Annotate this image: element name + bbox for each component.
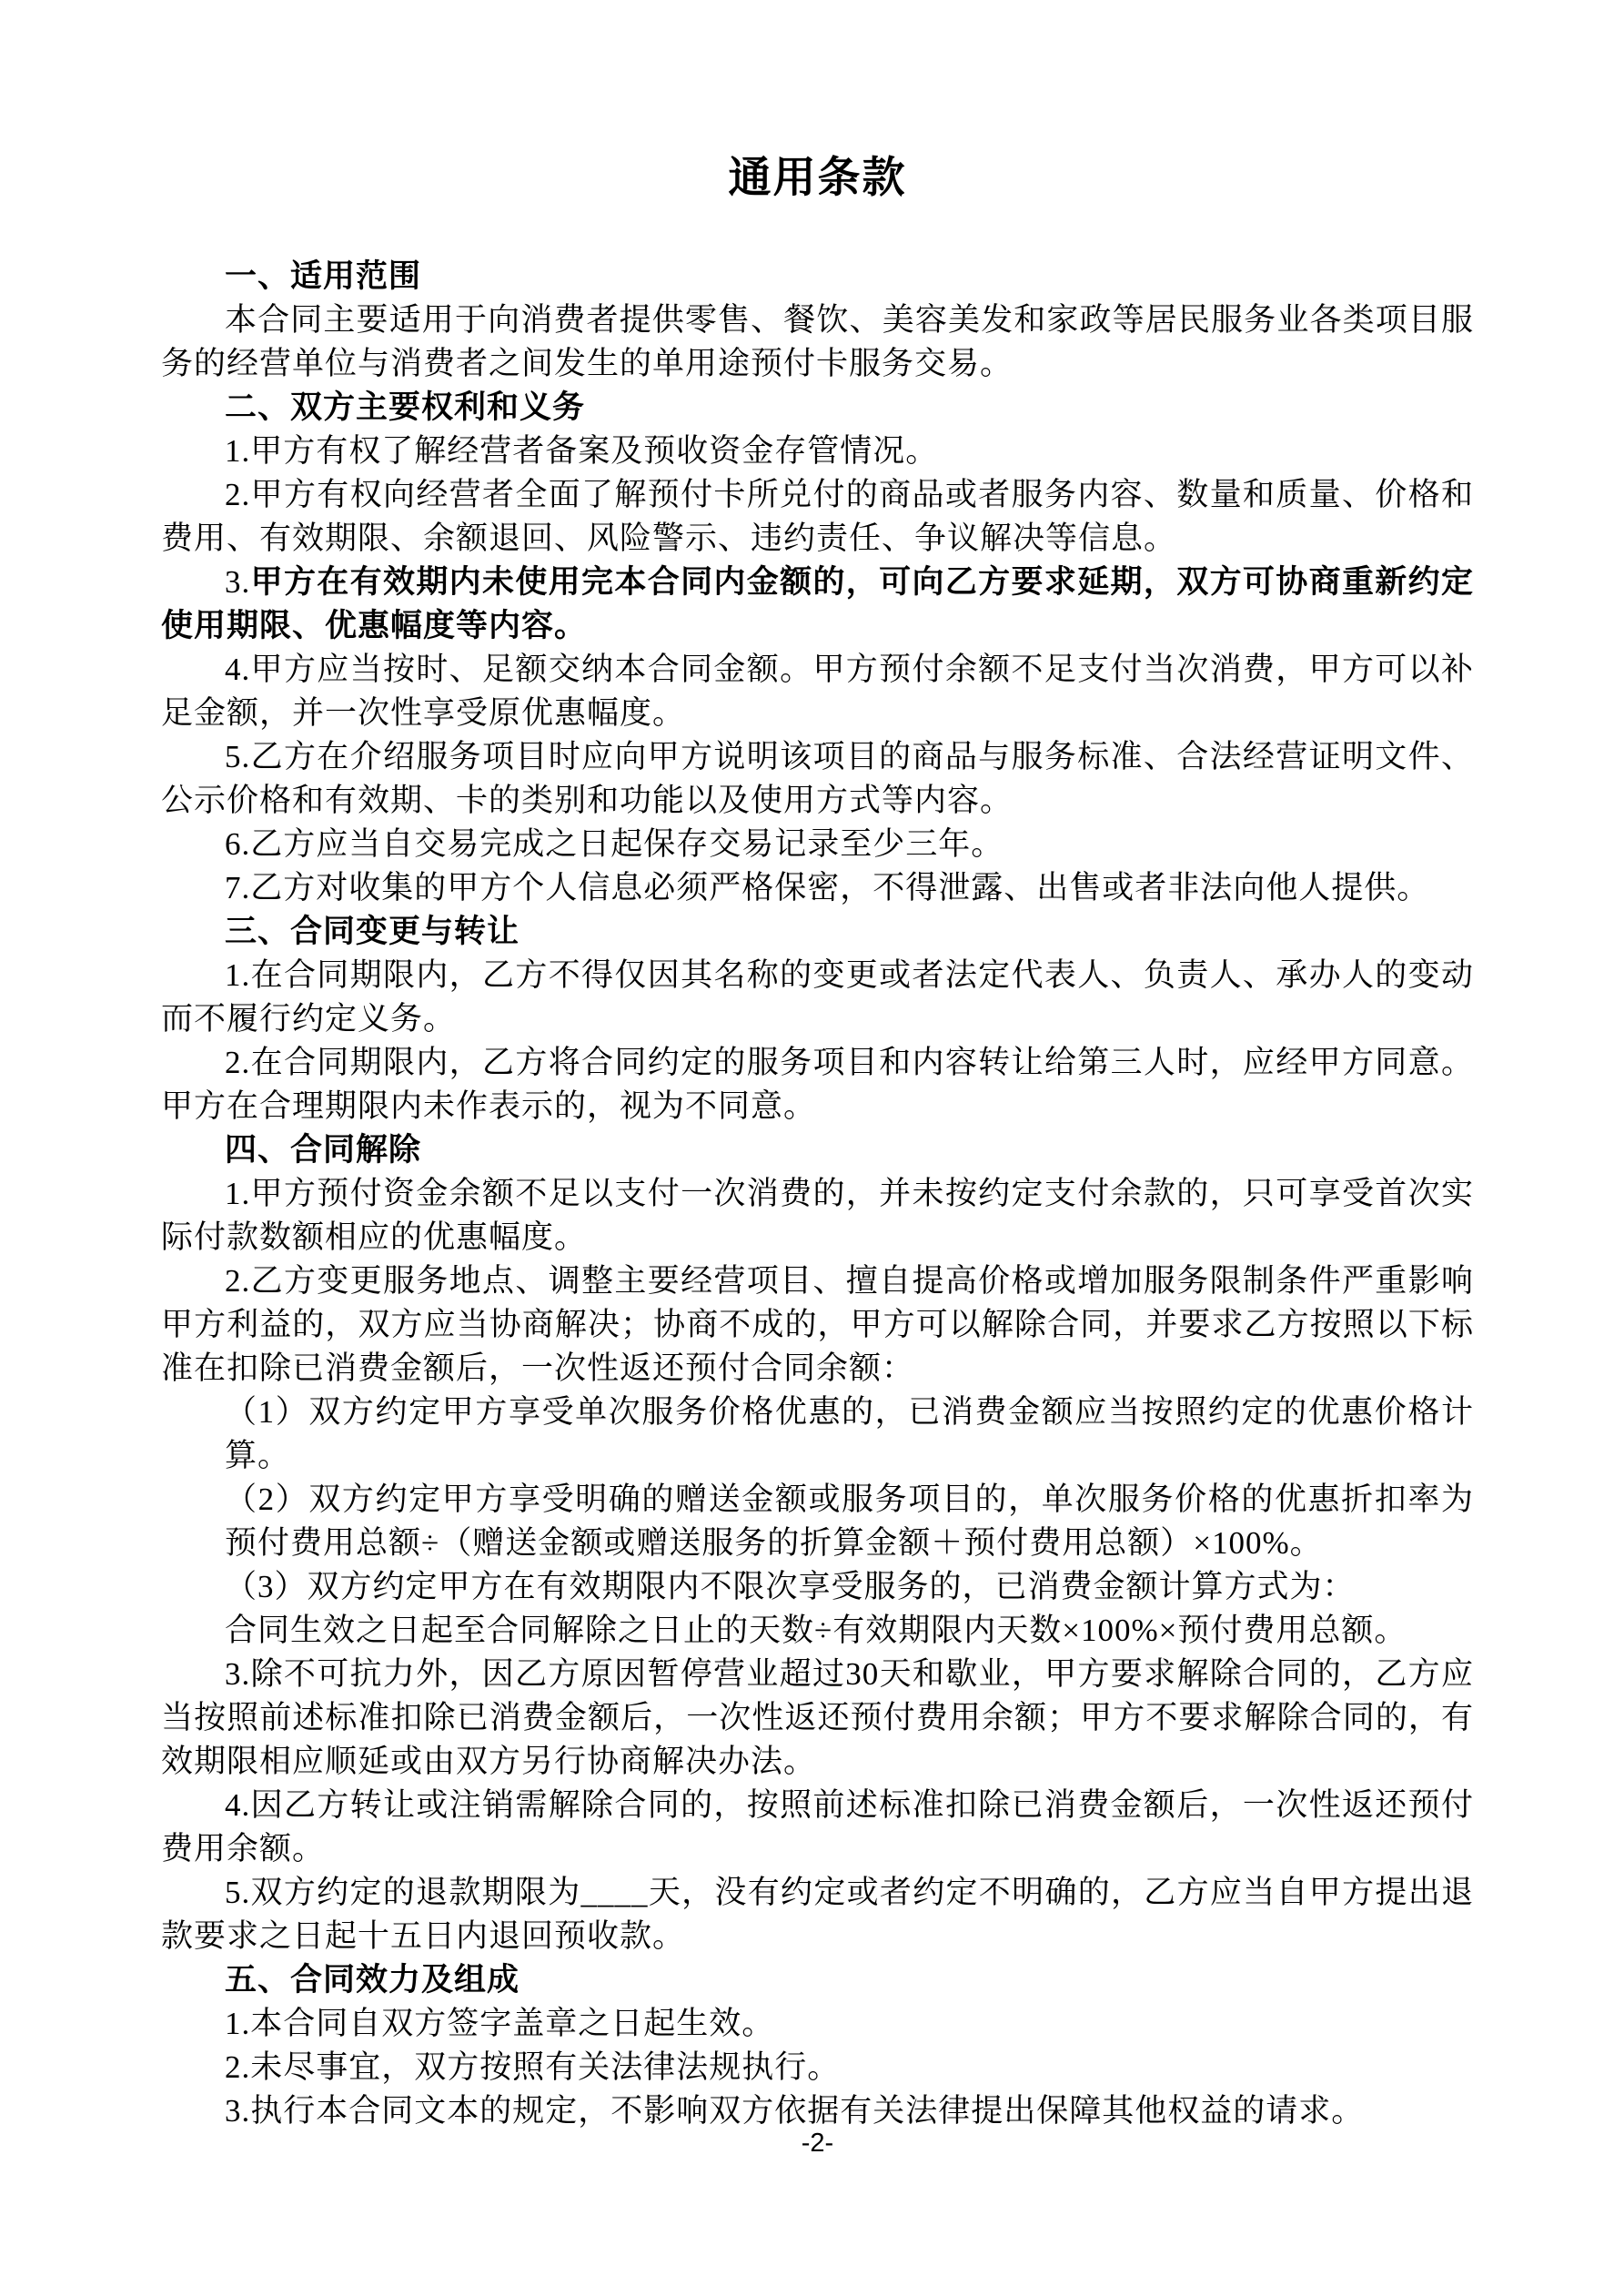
paragraph: 1.本合同自双方签字盖章之日起生效。 (161, 2002, 1474, 2046)
paragraph: 1.甲方有权了解经营者备案及预收资金存管情况。 (161, 430, 1474, 473)
paragraph: 本合同主要适用于向消费者提供零售、餐饮、美容美发和家政等居民服务业各类项目服务的… (161, 298, 1474, 386)
paragraph: 2.在合同期限内，乙方将合同约定的服务项目和内容转让给第三人时，应经甲方同意。甲… (161, 1041, 1474, 1128)
paragraph: 5.乙方在介绍服务项目时应向甲方说明该项目的商品与服务标准、合法经营证明文件、公… (161, 735, 1474, 823)
paragraph: 1.在合同期限内，乙方不得仅因其名称的变更或者法定代表人、负责人、承办人的变动而… (161, 954, 1474, 1041)
paragraph: 3.执行本合同文本的规定，不影响双方依据有关法律提出保障其他权益的请求。 (161, 2089, 1474, 2133)
document-content: 通用条款 一、适用范围本合同主要适用于向消费者提供零售、餐饮、美容美发和家政等居… (161, 155, 1474, 2133)
list-number: 3. (225, 564, 250, 600)
paragraph: 6.乙方应当自交易完成之日起保存交易记录至少三年。 (161, 823, 1474, 866)
paragraph-text: 甲方在有效期内未使用完本合同内金额的，可向乙方要求延期，双方可协商重新约定使用期… (161, 564, 1474, 643)
section-heading: 三、合同变更与转让 (161, 910, 1474, 954)
paragraph: 2.未尽事宜，双方按照有关法律法规执行。 (161, 2046, 1474, 2089)
section-heading: 五、合同效力及组成 (161, 1958, 1474, 2002)
paragraph: 1.甲方预付资金余额不足以支付一次消费的，并未按约定支付余款的，只可享受首次实际… (161, 1172, 1474, 1259)
section-heading: 二、双方主要权利和义务 (161, 386, 1474, 430)
page-number: -2- (161, 2128, 1474, 2159)
paragraph: （1）双方约定甲方享受单次服务价格优惠的，已消费金额应当按照约定的优惠价格计算。 (161, 1391, 1474, 1478)
section-heading: 四、合同解除 (161, 1128, 1474, 1172)
paragraph: 合同生效之日起至合同解除之日止的天数÷有效期限内天数×100%×预付费用总额。 (161, 1609, 1474, 1653)
paragraph: 2.甲方有权向经营者全面了解预付卡所兑付的商品或者服务内容、数量和质量、价格和费… (161, 473, 1474, 561)
paragraph: 2.乙方变更服务地点、调整主要经营项目、擅自提高价格或增加服务限制条件严重影响甲… (161, 1259, 1474, 1391)
paragraph: 4.因乙方转让或注销需解除合同的，按照前述标准扣除已消费金额后，一次性返还预付费… (161, 1784, 1474, 1871)
paragraph: （3）双方约定甲方在有效期限内不限次享受服务的，已消费金额计算方式为： (161, 1565, 1474, 1609)
paragraph: 7.乙方对收集的甲方个人信息必须严格保密，不得泄露、出售或者非法向他人提供。 (161, 866, 1474, 910)
paragraph: 3.甲方在有效期内未使用完本合同内金额的，可向乙方要求延期，双方可协商重新约定使… (161, 561, 1474, 648)
paragraph: 5.双方约定的退款期限为____天，没有约定或者约定不明确的，乙方应当自甲方提出… (161, 1871, 1474, 1958)
document-title: 通用条款 (161, 155, 1474, 200)
document-page: 通用条款 一、适用范围本合同主要适用于向消费者提供零售、餐饮、美容美发和家政等居… (0, 0, 1624, 2296)
document-body: 一、适用范围本合同主要适用于向消费者提供零售、餐饮、美容美发和家政等居民服务业各… (161, 255, 1474, 2133)
paragraph: 3.除不可抗力外，因乙方原因暂停营业超过30天和歇业，甲方要求解除合同的，乙方应… (161, 1653, 1474, 1784)
section-heading: 一、适用范围 (161, 255, 1474, 298)
paragraph: （2）双方约定甲方享受明确的赠送金额或服务项目的，单次服务价格的优惠折扣率为预付… (161, 1478, 1474, 1565)
paragraph: 4.甲方应当按时、足额交纳本合同金额。甲方预付余额不足支付当次消费，甲方可以补足… (161, 648, 1474, 735)
